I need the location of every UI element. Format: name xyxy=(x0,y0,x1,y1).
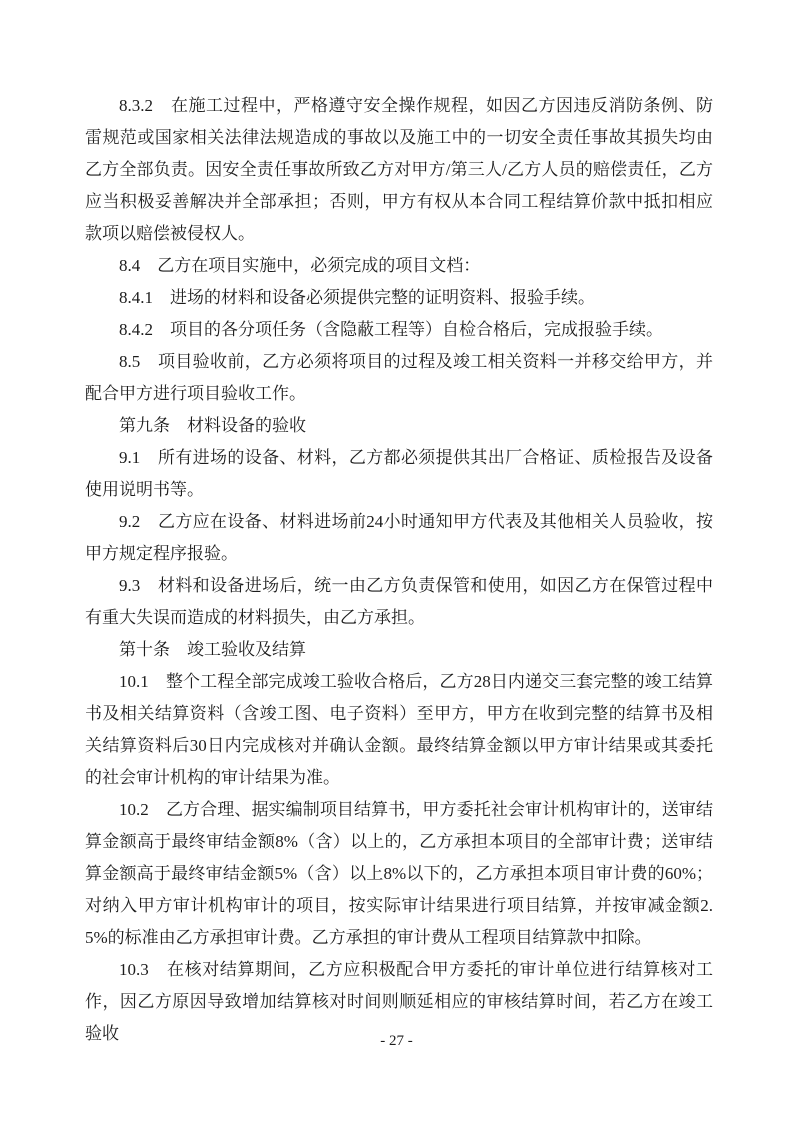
clause-10-1: 10.1 整个工程全部完成竣工验收合格后，乙方28日内递交三套完整的竣工结算书及… xyxy=(85,666,713,794)
clause-8-4-1: 8.4.1 进场的材料和设备必须提供完整的证明资料、报验手续。 xyxy=(85,282,713,314)
clause-9-3: 9.3 材料和设备进场后，统一由乙方负责保管和使用，如因乙方在保管过程中有重大失… xyxy=(85,570,713,634)
section-heading-article-9: 第九条 材料设备的验收 xyxy=(85,410,713,442)
document-page: 8.3.2 在施工过程中，严格遵守安全操作规程，如因乙方因违反消防条例、防雷规范… xyxy=(0,0,793,1122)
clause-9-2: 9.2 乙方应在设备、材料进场前24小时通知甲方代表及其他相关人员验收，按甲方规… xyxy=(85,506,713,570)
page-number: - 27 - xyxy=(0,1030,793,1052)
clause-8-5: 8.5 项目验收前，乙方必须将项目的过程及竣工相关资料一并移交给甲方，并配合甲方… xyxy=(85,346,713,410)
clause-8-3-2: 8.3.2 在施工过程中，严格遵守安全操作规程，如因乙方因违反消防条例、防雷规范… xyxy=(85,90,713,250)
clause-10-2: 10.2 乙方合理、据实编制项目结算书，甲方委托社会审计机构审计的，送审结算金额… xyxy=(85,794,713,954)
document-body: 8.3.2 在施工过程中，严格遵守安全操作规程，如因乙方因违反消防条例、防雷规范… xyxy=(85,90,713,1050)
section-heading-article-10: 第十条 竣工验收及结算 xyxy=(85,634,713,666)
clause-8-4-2: 8.4.2 项目的各分项任务（含隐蔽工程等）自检合格后，完成报验手续。 xyxy=(85,314,713,346)
clause-8-4: 8.4 乙方在项目实施中，必须完成的项目文档： xyxy=(85,250,713,282)
clause-9-1: 9.1 所有进场的设备、材料，乙方都必须提供其出厂合格证、质检报告及设备使用说明… xyxy=(85,442,713,506)
